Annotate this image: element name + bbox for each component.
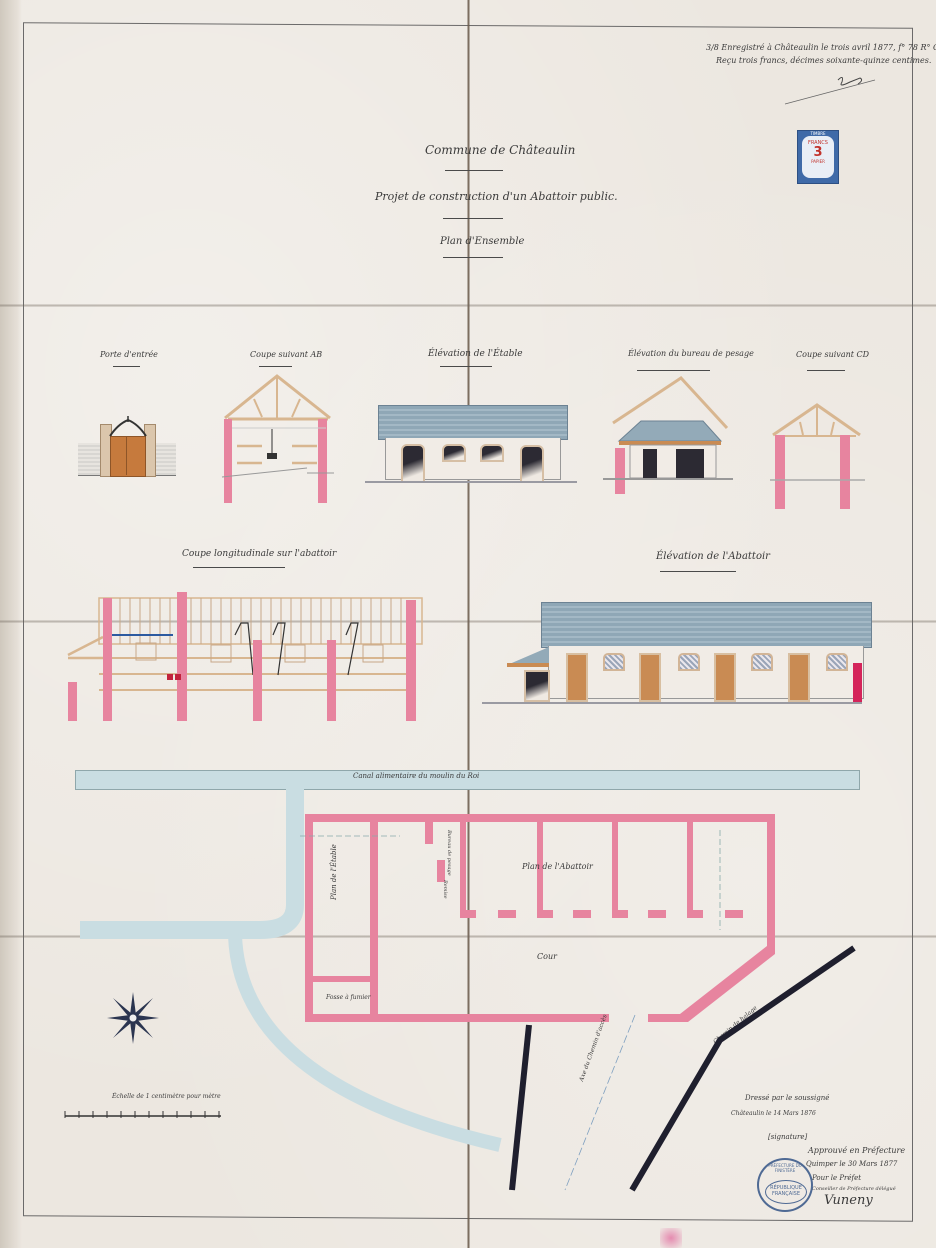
drawing-elevation-bureau <box>603 375 738 497</box>
prefecture-seal: PRÉFECTURE DU FINISTÈRE RÉPUBLIQUE FRANÇ… <box>757 1158 813 1212</box>
compass-rose-icon <box>100 990 164 1048</box>
commune-title: Commune de Châteaulin <box>425 143 575 157</box>
tax-stamp: FRANCS 3 PAPIER TIMBRE <box>797 130 839 184</box>
rule <box>660 571 736 572</box>
project-rule <box>443 218 503 219</box>
prefect-signature: Vuneny <box>824 1193 873 1208</box>
sheet-rule <box>443 257 503 258</box>
horizontal-fold-1 <box>0 304 936 307</box>
rule <box>440 366 492 367</box>
label-elevation-etable: Élévation de l'Étable <box>428 349 523 359</box>
title-rule <box>445 170 503 171</box>
label-coupe-longitudinale: Coupe longitudinale sur l'abattoir <box>182 549 336 559</box>
drawing-coupe-longitudinale <box>63 590 428 725</box>
label-elevation-bureau: Élévation du bureau de pesage <box>628 349 754 358</box>
label-coupe-cd: Coupe suivant CD <box>796 350 869 359</box>
drawing-coupe-cd <box>770 402 865 514</box>
rule <box>113 366 140 367</box>
label-porte-entree: Porte d'entrée <box>100 350 158 359</box>
conseiller-role: Conseiller de Préfecture délégué <box>812 1186 896 1192</box>
place-date: Châteaulin le 14 Mars 1876 <box>731 1110 816 1117</box>
registration-line-1: 3/8 Enregistré à Châteaulin le trois avr… <box>706 43 936 52</box>
architect-signature: [signature] <box>768 1133 807 1141</box>
project-title: Projet de construction d'un Abattoir pub… <box>375 190 618 203</box>
rule <box>637 370 710 371</box>
scale-bar <box>63 1108 228 1120</box>
registration-line-2: Reçu trois francs, décimes soixante-quin… <box>716 56 931 65</box>
seal-francaise: FRANÇAISE <box>766 1191 806 1197</box>
dresse-label: Dressé par le soussigné <box>745 1094 829 1102</box>
pour-le-prefet: Pour le Préfet <box>812 1174 861 1182</box>
remise-label: Remise <box>442 880 448 899</box>
fosse-label: Fosse à fumier <box>326 994 371 1001</box>
label-coupe-ab: Coupe suivant AB <box>250 350 322 359</box>
approved-label: Approuvé en Préfecture <box>808 1146 905 1155</box>
sheet-title: Plan d'Ensemble <box>440 236 524 247</box>
approved-date: Quimper le 30 Mars 1877 <box>806 1160 897 1168</box>
stamp-sub: PAPIER <box>802 159 834 164</box>
canal-label: Canal alimentaire du moulin du Roi <box>353 772 479 780</box>
paper-edge-shadow <box>0 0 22 1248</box>
registration-signature <box>780 68 880 108</box>
bureau-label: Bureau de pesage <box>446 830 452 876</box>
scale-label: Échelle de 1 centimètre pour mètre <box>112 1093 221 1100</box>
rule <box>193 567 285 568</box>
ink-stain <box>660 1228 682 1248</box>
seal-ring-text: PRÉFECTURE DU FINISTÈRE <box>759 1163 811 1173</box>
plan-etable-label: Plan de l'Étable <box>330 844 338 900</box>
stamp-top: TIMBRE <box>798 131 838 136</box>
drawing-coupe-ab <box>222 373 337 505</box>
label-elevation-abattoir: Élévation de l'Abattoir <box>656 551 770 562</box>
stamp-value: 3 <box>802 146 834 159</box>
rule <box>807 370 845 371</box>
rule <box>259 366 292 367</box>
plan-abattoir-label: Plan de l'Abattoir <box>522 862 593 871</box>
